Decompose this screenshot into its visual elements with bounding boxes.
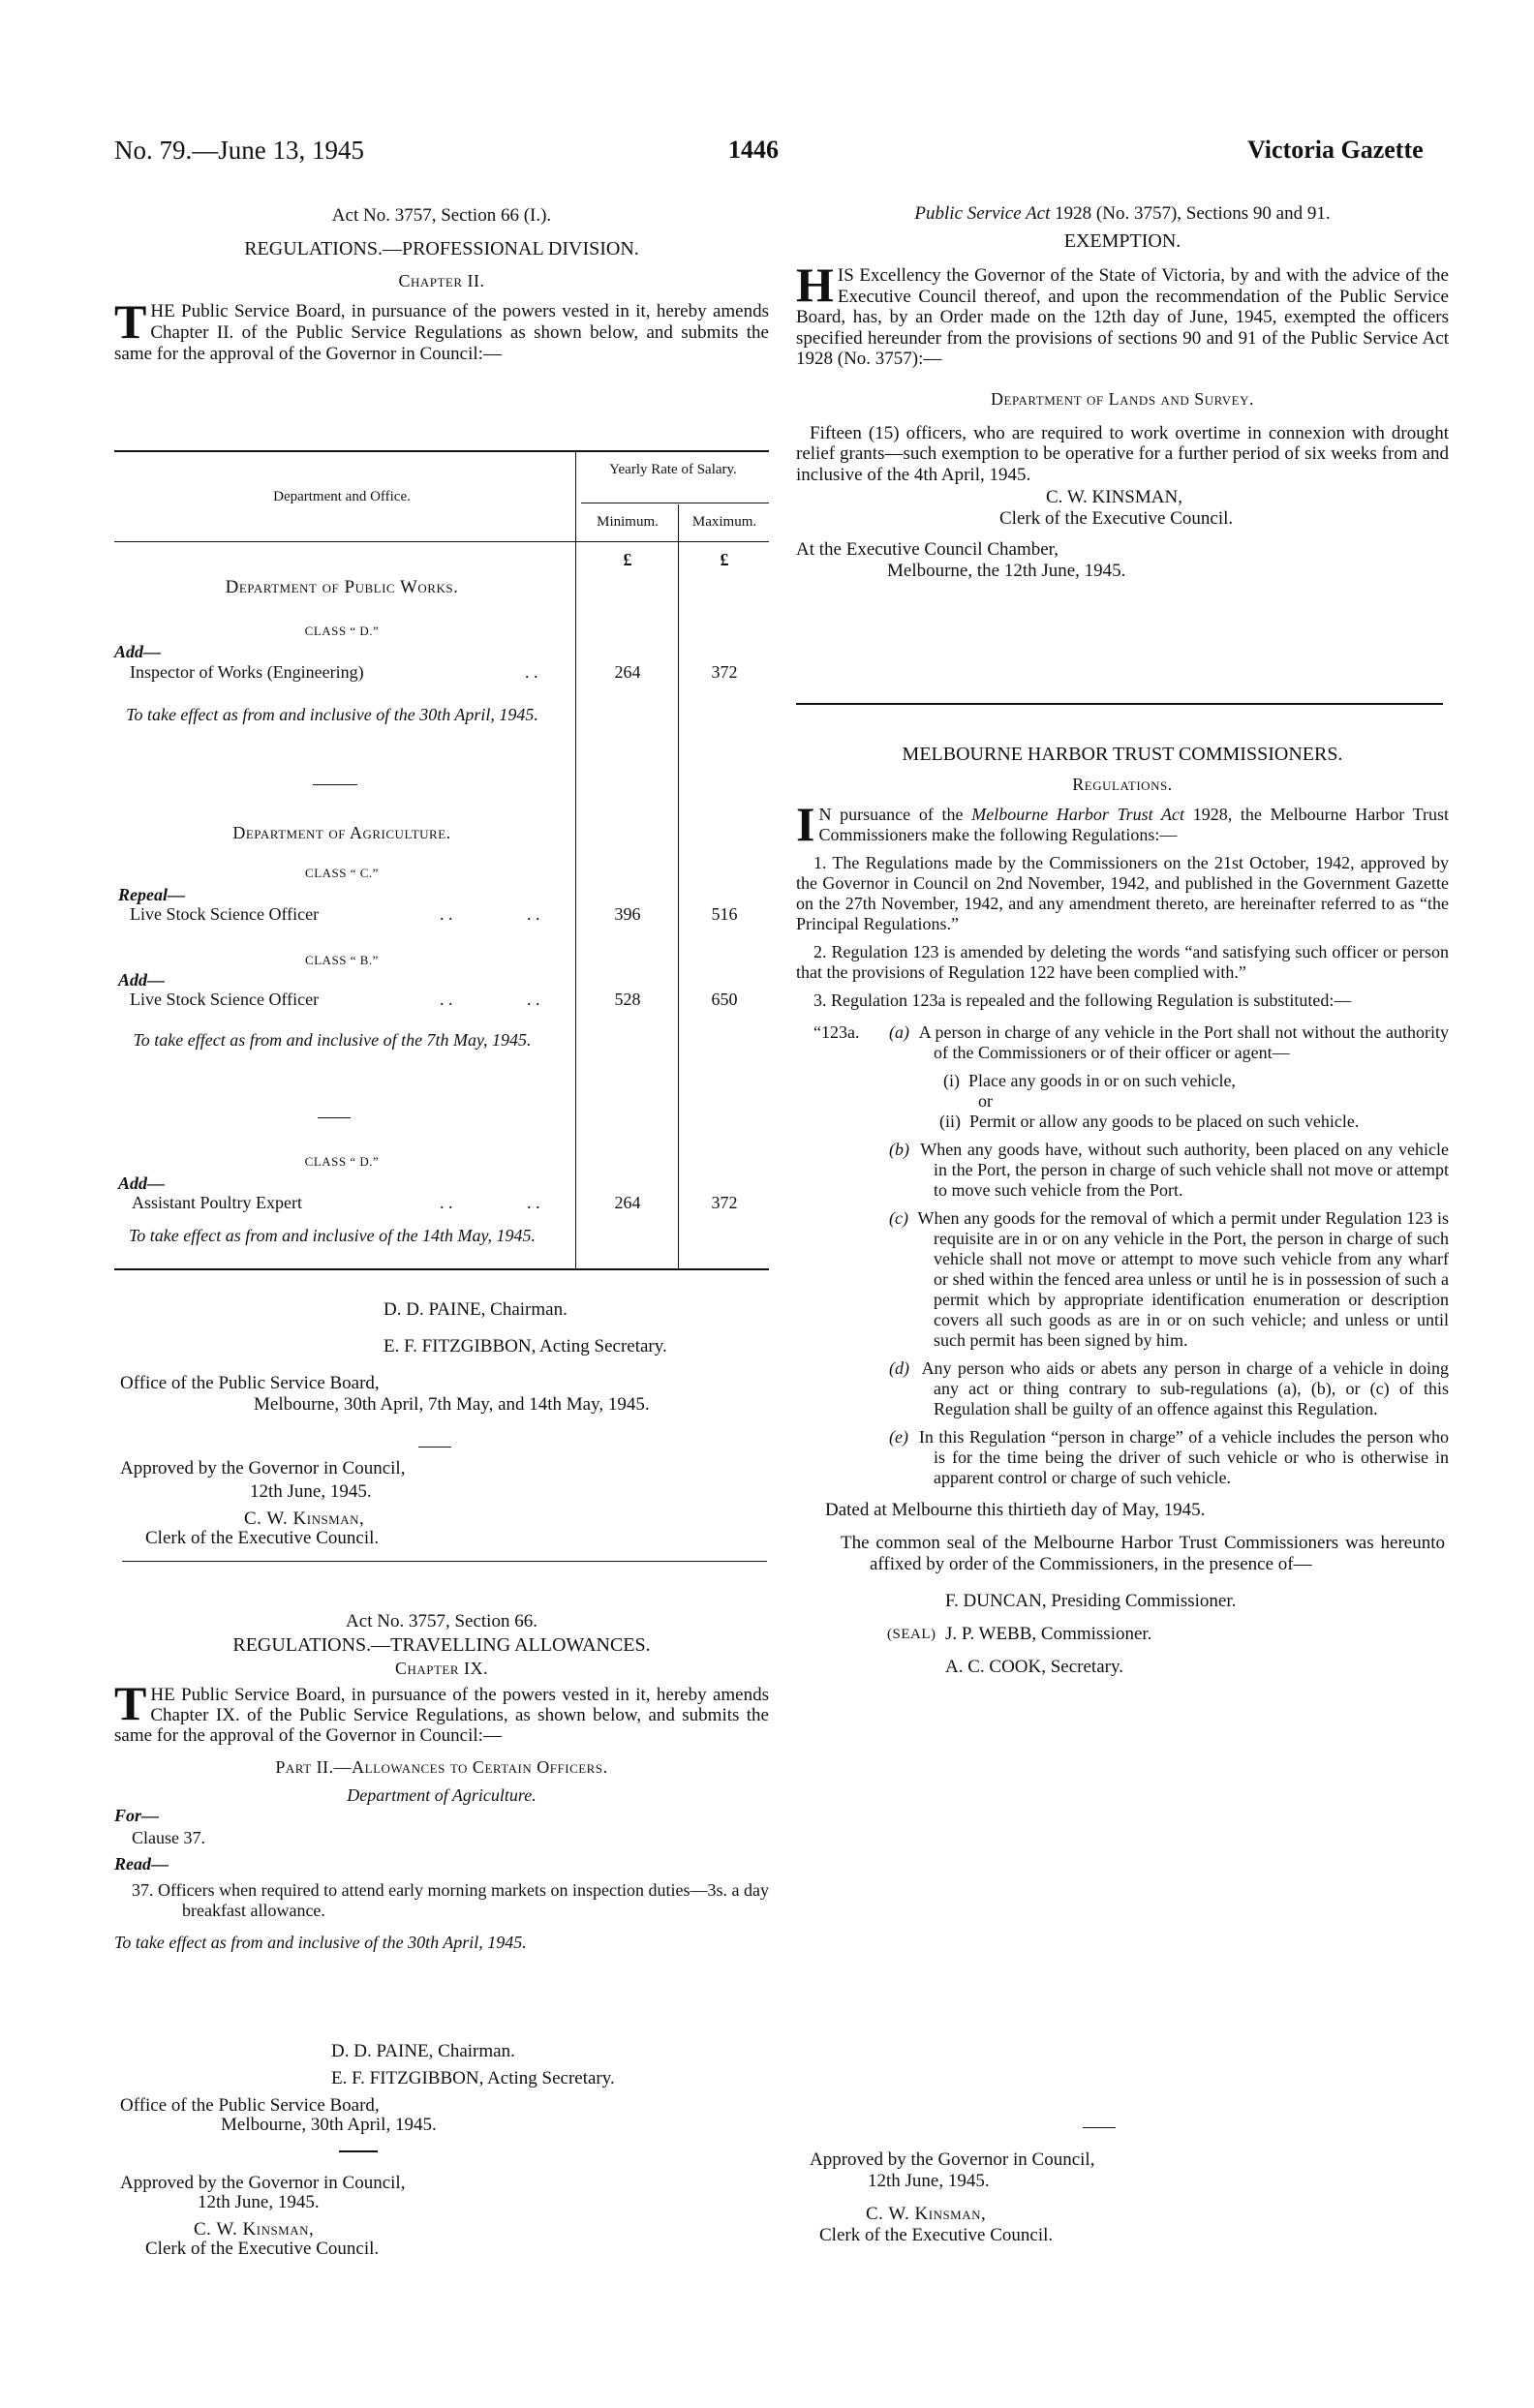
approval-line: Approved by the Governor in Council,	[810, 2149, 1094, 2171]
office-title: Live Stock Science Officer	[130, 904, 319, 925]
leader-dots: . . . .	[440, 990, 540, 1010]
effect-note: To take effect as from and inclusive of …	[114, 1226, 550, 1246]
drop-cap: I	[796, 807, 814, 841]
sub-item-ii: (ii) Permit or allow any goods to be pla…	[796, 1112, 1449, 1132]
office-date: Melbourne, 30th April, 7th May, and 14th…	[254, 1394, 650, 1416]
currency-min: £	[577, 550, 678, 570]
signature-title: Clerk of the Executive Council.	[796, 508, 1449, 530]
approval-date: 12th June, 1945.	[868, 2171, 990, 2192]
intro-text: HE Public Service Board, in pursuance of…	[114, 301, 769, 364]
regulation-paragraph: 1. The Regulations made by the Commissio…	[796, 853, 1449, 934]
act-name: Melbourne Harbor Trust Act	[971, 805, 1184, 824]
intro-paragraph: HIS Excellency the Governor of the State…	[796, 265, 1449, 370]
intro-paragraph: THE Public Service Board, in pursuance o…	[114, 301, 769, 365]
action-label: Add—	[118, 970, 165, 991]
action-label: Add—	[114, 642, 161, 662]
page-number: 1446	[728, 136, 779, 165]
act-reference: Public Service Act 1928 (No. 3757), Sect…	[796, 203, 1449, 225]
currency-max: £	[680, 550, 769, 570]
salary-max: 372	[680, 662, 769, 683]
chapter-heading: Chapter IX.	[114, 1659, 769, 1679]
leader-dots: . . . .	[440, 904, 540, 925]
act-reference: Act No. 3757, Section 66.	[114, 1611, 769, 1632]
seal-label: (SEAL)	[887, 1624, 936, 1645]
travelling-allowances-section: Act No. 3757, Section 66. REGULATIONS.—T…	[114, 1611, 769, 1953]
table-header: Department and Office. Yearly Rate of Sa…	[114, 452, 769, 541]
exemption-body: Fifteen (15) officers, who are required …	[796, 423, 1449, 486]
issue-number: No. 79.—June 13, 1945	[114, 136, 364, 166]
intro-paragraph: THE Public Service Board, in pursuance o…	[114, 1685, 769, 1746]
clerk-title: Clerk of the Executive Council.	[819, 2225, 1053, 2246]
intro-text: HE Public Service Board, in pursuance of…	[114, 1685, 769, 1746]
section-title: REGULATIONS.—PROFESSIONAL DIVISION.	[114, 238, 769, 259]
table-body: £ £ Department of Public Works. CLASS “ …	[114, 542, 769, 1268]
effect-note: To take effect as from and inclusive of …	[114, 1030, 550, 1051]
regulation-123a: “123a. (a) A person in charge of any veh…	[796, 1022, 1449, 1488]
divider	[418, 1447, 451, 1448]
exemption-section: Public Service Act 1928 (No. 3757), Sect…	[796, 203, 1449, 582]
sub-regulation-b: (b) When any goods have, without such au…	[796, 1140, 1449, 1201]
sub-regulation-c: (c) When any goods for the removal of wh…	[796, 1208, 1449, 1351]
signature-commissioner: (SEAL) J. P. WEBB, Commissioner.	[796, 1624, 1449, 1645]
approval-line: Approved by the Governor in Council,	[120, 1458, 405, 1479]
class-label: CLASS “ D.”	[114, 1154, 569, 1170]
office-title: Assistant Poultry Expert	[132, 1193, 302, 1213]
act-reference: Act No. 3757, Section 66 (I.).	[114, 205, 769, 227]
clerk-title: Clerk of the Executive Council.	[145, 1528, 379, 1549]
publication-title: Victoria Gazette	[1247, 136, 1424, 165]
col-header-salary: Yearly Rate of Salary.	[577, 462, 769, 478]
salary-table: Department and Office. Yearly Rate of Sa…	[114, 450, 769, 1270]
salary-min: 396	[577, 904, 678, 925]
section-subtitle: Regulations.	[796, 775, 1449, 795]
approval-date: 12th June, 1945.	[198, 2192, 320, 2213]
regulation-label: “123a.	[813, 1022, 859, 1043]
intro-text: IS Excellency the Governor of the State …	[796, 265, 1449, 369]
sub-item-i: (i) Place any goods in or on such vehicl…	[796, 1071, 1449, 1091]
sub-regulation-a: (a) A person in charge of any vehicle in…	[796, 1022, 1449, 1063]
professional-division-section: Act No. 3757, Section 66 (I.). REGULATIO…	[114, 205, 769, 365]
drop-cap: T	[114, 1687, 146, 1720]
class-label: CLASS “ B.”	[114, 953, 569, 968]
signature-chairman: D. D. PAINE, Chairman.	[331, 2041, 515, 2062]
salary-max: 650	[680, 990, 769, 1010]
chapter-heading: Chapter II.	[114, 271, 769, 291]
or-connector: or	[796, 1091, 1449, 1112]
for-label: For—	[114, 1806, 769, 1826]
salary-max: 516	[680, 904, 769, 925]
clerk-name: C. W. Kinsman,	[194, 2219, 314, 2240]
col-header-department: Department and Office.	[114, 487, 569, 507]
class-label: CLASS “ D.”	[114, 624, 569, 639]
effect-note: To take effect as from and inclusive of …	[114, 1933, 769, 1953]
intro-text: N pursuance of the	[818, 805, 971, 824]
signature-secretary: E. F. FITZGIBBON, Acting Secretary.	[383, 1336, 667, 1357]
department-heading: Department of Agriculture.	[114, 1785, 769, 1806]
office-address: Office of the Public Service Board,	[120, 2095, 380, 2117]
salary-max: 372	[680, 1193, 769, 1213]
clerk-name: C. W. Kinsman,	[866, 2204, 986, 2225]
signature-name: C. W. KINSMAN,	[796, 487, 1449, 508]
clerk-name: C. W. Kinsman,	[244, 1509, 364, 1530]
department-heading: Department of Lands and Survey.	[796, 389, 1449, 410]
signature-secretary: E. F. FITZGIBBON, Acting Secretary.	[331, 2068, 615, 2089]
signature-secretary: A. C. COOK, Secretary.	[796, 1657, 1449, 1678]
department-heading: Department of Public Works.	[114, 577, 569, 597]
drop-cap: T	[114, 303, 146, 340]
department-heading: Department of Agriculture.	[114, 823, 569, 843]
harbor-trust-section: MELBOURNE HARBOR TRUST COMMISSIONERS. Re…	[796, 744, 1449, 1678]
divider	[339, 2150, 378, 2152]
signature-chairman: D. D. PAINE, Chairman.	[383, 1299, 568, 1321]
section-divider	[122, 1561, 767, 1562]
salary-min: 528	[577, 990, 678, 1010]
sub-regulation-e: (e) In this Regulation “person in charge…	[796, 1427, 1449, 1488]
leader-dots: . . . .	[440, 1193, 540, 1213]
clerk-title: Clerk of the Executive Council.	[145, 2239, 379, 2260]
salary-min: 264	[577, 662, 678, 683]
place-date: Melbourne, the 12th June, 1945.	[796, 561, 1449, 582]
section-title: REGULATIONS.—TRAVELLING ALLOWANCES.	[114, 1634, 769, 1656]
divider	[1083, 2127, 1116, 2128]
section-title: EXEMPTION.	[796, 230, 1449, 252]
place-line: At the Executive Council Chamber,	[796, 539, 1449, 561]
salary-min: 264	[577, 1193, 678, 1213]
col-header-maximum: Maximum.	[680, 514, 769, 531]
drop-cap: H	[796, 267, 834, 302]
regulation-paragraph: 3. Regulation 123a is repealed and the f…	[796, 991, 1449, 1011]
office-title: Live Stock Science Officer	[130, 990, 319, 1010]
office-title: Inspector of Works (Engineering)	[130, 662, 364, 683]
office-address: Office of the Public Service Board,	[120, 1373, 380, 1394]
signature-presiding: F. DUNCAN, Presiding Commissioner.	[796, 1591, 1449, 1612]
approval-date: 12th June, 1945.	[250, 1481, 372, 1503]
sub-regulation-d: (d) Any person who aids or abets any per…	[796, 1358, 1449, 1419]
regulation-paragraph: 2. Regulation 123 is amended by deleting…	[796, 942, 1449, 983]
class-label: CLASS “ C.”	[114, 866, 569, 881]
leader-dots: . .	[525, 662, 538, 683]
part-heading: Part II.—Allowances to Certain Officers.	[114, 1757, 769, 1778]
intro-paragraph: IN pursuance of the Melbourne Harbor Tru…	[796, 805, 1449, 845]
for-clause: Clause 37.	[114, 1828, 769, 1848]
section-divider	[796, 703, 1443, 705]
action-label: Repeal—	[118, 885, 185, 905]
read-label: Read—	[114, 1854, 769, 1875]
col-header-minimum: Minimum.	[577, 514, 678, 531]
effect-note: To take effect as from and inclusive of …	[114, 705, 550, 725]
seal-statement: The common seal of the Melbourne Harbor …	[796, 1533, 1449, 1575]
action-label: Add—	[118, 1174, 165, 1194]
divider	[313, 784, 357, 785]
dated-line: Dated at Melbourne this thirtieth day of…	[796, 1500, 1449, 1521]
divider	[318, 1117, 351, 1118]
commissioner-name: J. P. WEBB, Commissioner.	[945, 1624, 1151, 1644]
clause-text: 37. Officers when required to attend ear…	[114, 1880, 769, 1921]
approval-line: Approved by the Governor in Council,	[120, 2173, 405, 2194]
office-date: Melbourne, 30th April, 1945.	[221, 2115, 437, 2136]
section-title: MELBOURNE HARBOR TRUST COMMISSIONERS.	[796, 744, 1449, 765]
